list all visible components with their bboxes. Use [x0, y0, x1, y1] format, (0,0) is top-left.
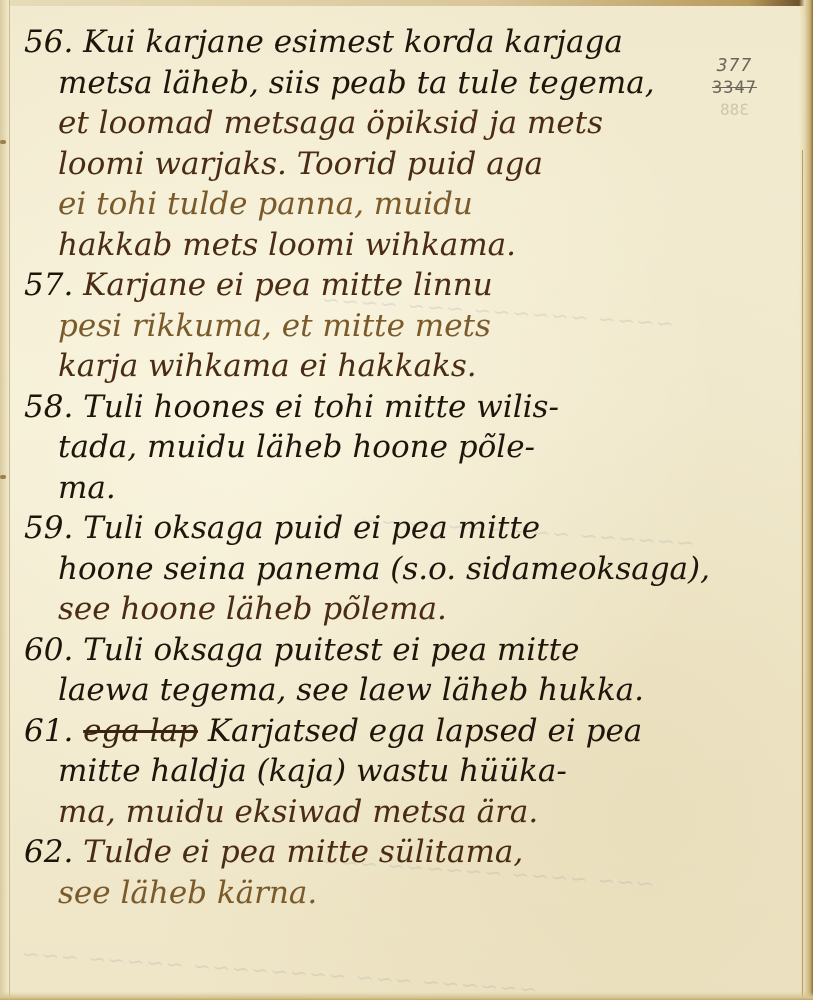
- entry-62-line-2: see läheb kärna.: [24, 873, 704, 914]
- entry-56-line-5: ei tohi tulde panna, muidu: [24, 184, 704, 225]
- entry-62-line-1: 62. Tulde ei pea mitte sülitama,: [24, 832, 704, 873]
- catalog-number-current: 377: [712, 55, 757, 76]
- binding-stitch: [0, 140, 6, 144]
- catalog-number-ghost: 388: [712, 100, 757, 119]
- entry-56-line-3: et loomad metsaga öpiksid ja mets: [24, 103, 704, 144]
- entry-60-line-1: 60. Tuli oksaga puitest ei pea mitte: [24, 630, 704, 671]
- page-top-edge: [0, 0, 813, 6]
- catalog-number-previous: 3347: [712, 78, 757, 98]
- entry-58-line-3: ma.: [24, 468, 704, 509]
- page-fold-line: [802, 150, 803, 1000]
- entry-60-line-2: laewa tegema, see laew läheb hukka.: [24, 670, 704, 711]
- entry-61-line-1: 61. ega lap Karjatsed ega lapsed ei pea: [24, 711, 704, 752]
- entry-59-line-1: 59. Tuli oksaga puid ei pea mitte: [24, 508, 704, 549]
- entry-56-line-4: loomi warjaks. Toorid puid aga: [24, 144, 704, 185]
- entry-57-line-1: 57. Karjane ei pea mitte linnu: [24, 265, 704, 306]
- binding-stitch: [0, 475, 6, 479]
- entry-56-line-2: metsa läheb, siis peab ta tule tegema,: [24, 63, 704, 104]
- entry-58-line-1: 58. Tuli hoones ei tohi mitte wilis-: [24, 387, 704, 428]
- entry-56-line-1: 56. Kui karjane esimest korda karjaga: [24, 22, 704, 63]
- entry-57-line-2: pesi rikkuma, et mitte mets: [24, 306, 704, 347]
- entry-number: 62.: [24, 832, 73, 873]
- entry-61-line-2: mitte haldja (kaja) wastu hüüka-: [24, 751, 704, 792]
- entry-number: 59.: [24, 508, 73, 549]
- entry-57-line-3: karja wihkama ei hakkaks.: [24, 346, 704, 387]
- manuscript-entries: 56. Kui karjane esimest korda karjaga me…: [24, 22, 704, 913]
- page-binding: [0, 0, 10, 1000]
- entry-56-line-6: hakkab mets loomi wihkama.: [24, 225, 704, 266]
- entry-number: 60.: [24, 630, 73, 671]
- entry-number: 57.: [24, 265, 73, 306]
- entry-number: 56.: [24, 22, 73, 63]
- struck-out-text: ega lap: [83, 713, 198, 749]
- entry-61-line-3: ma, muidu eksiwad metsa ära.: [24, 792, 704, 833]
- entry-59-line-3: see hoone läheb põlema.: [24, 589, 704, 630]
- manuscript-page: ~~~~ ~~~~~~ ~~~ ~~~~ ~~~~~~ ~~~ ~~~~~ ~~…: [0, 0, 813, 1000]
- entry-number: 58.: [24, 387, 73, 428]
- entry-59-line-2: hoone seina panema (s.o. sidameoksaga),: [24, 549, 704, 590]
- catalog-number-stamp: 377 3347 388: [712, 55, 757, 119]
- entry-58-line-2: tada, muidu läheb hoone põle-: [24, 427, 704, 468]
- entry-number: 61.: [24, 711, 73, 752]
